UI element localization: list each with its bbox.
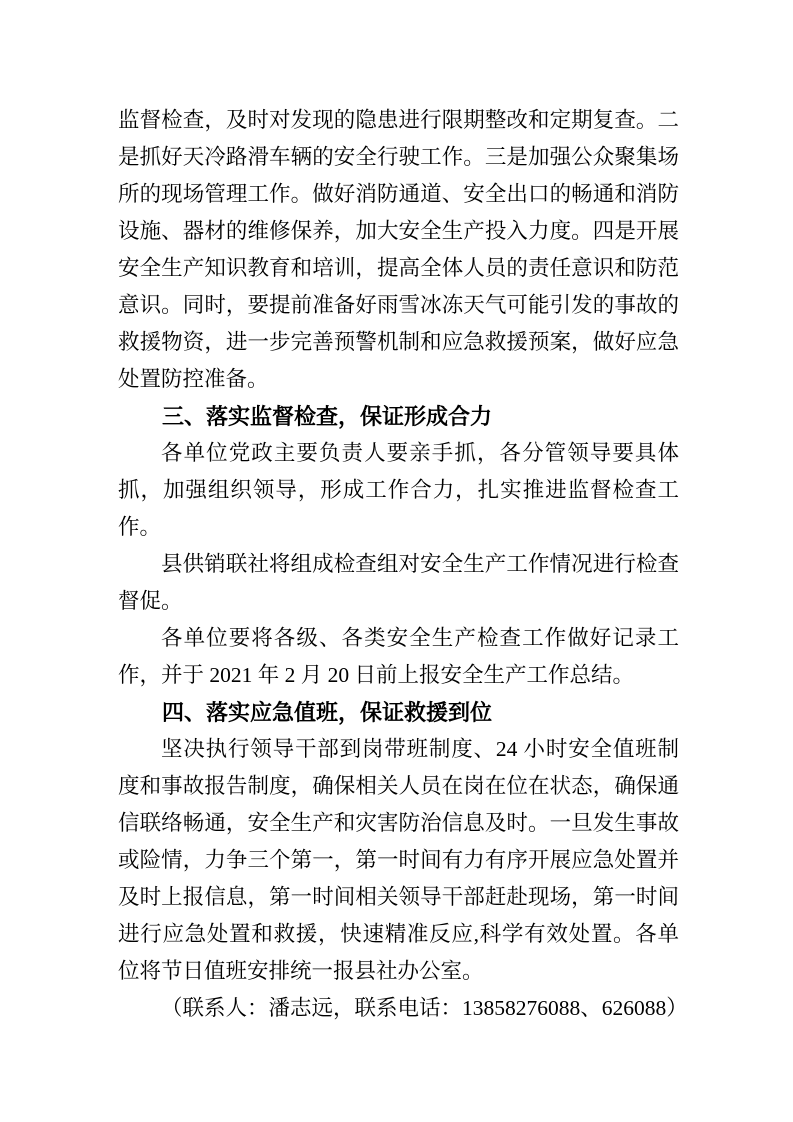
paragraph-report-deadline: 各单位要将各级、各类安全生产检查工作做好记录工作，并于 2021 年 2 月 2…: [118, 620, 679, 694]
section-heading-emergency-duty: 四、落实应急值班，保证救援到位: [118, 694, 679, 731]
paragraph-inspection-measures: 监督检查，及时对发现的隐患进行限期整改和定期复查。二是抓好天冷路滑车辆的安全行驶…: [118, 102, 679, 398]
paragraph-inspection-team: 县供销联社将组成检查组对安全生产工作情况进行检查督促。: [118, 546, 679, 620]
section-heading-supervision-inspection: 三、落实监督检查，保证形成合力: [118, 398, 679, 435]
paragraph-contact-info: （联系人：潘志远，联系电话：13858276088、626088）: [118, 990, 679, 1027]
document-page: 监督检查，及时对发现的隐患进行限期整改和定期复查。二是抓好天冷路滑车辆的安全行驶…: [0, 0, 793, 1122]
paragraph-duty-system: 坚决执行领导干部到岗带班制度、24 小时安全值班制度和事故报告制度，确保相关人员…: [118, 731, 679, 990]
document-content: 监督检查，及时对发现的隐患进行限期整改和定期复查。二是抓好天冷路滑车辆的安全行驶…: [118, 102, 679, 1027]
paragraph-leadership-responsibility: 各单位党政主要负责人要亲手抓，各分管领导要具体抓，加强组织领导，形成工作合力，扎…: [118, 435, 679, 546]
